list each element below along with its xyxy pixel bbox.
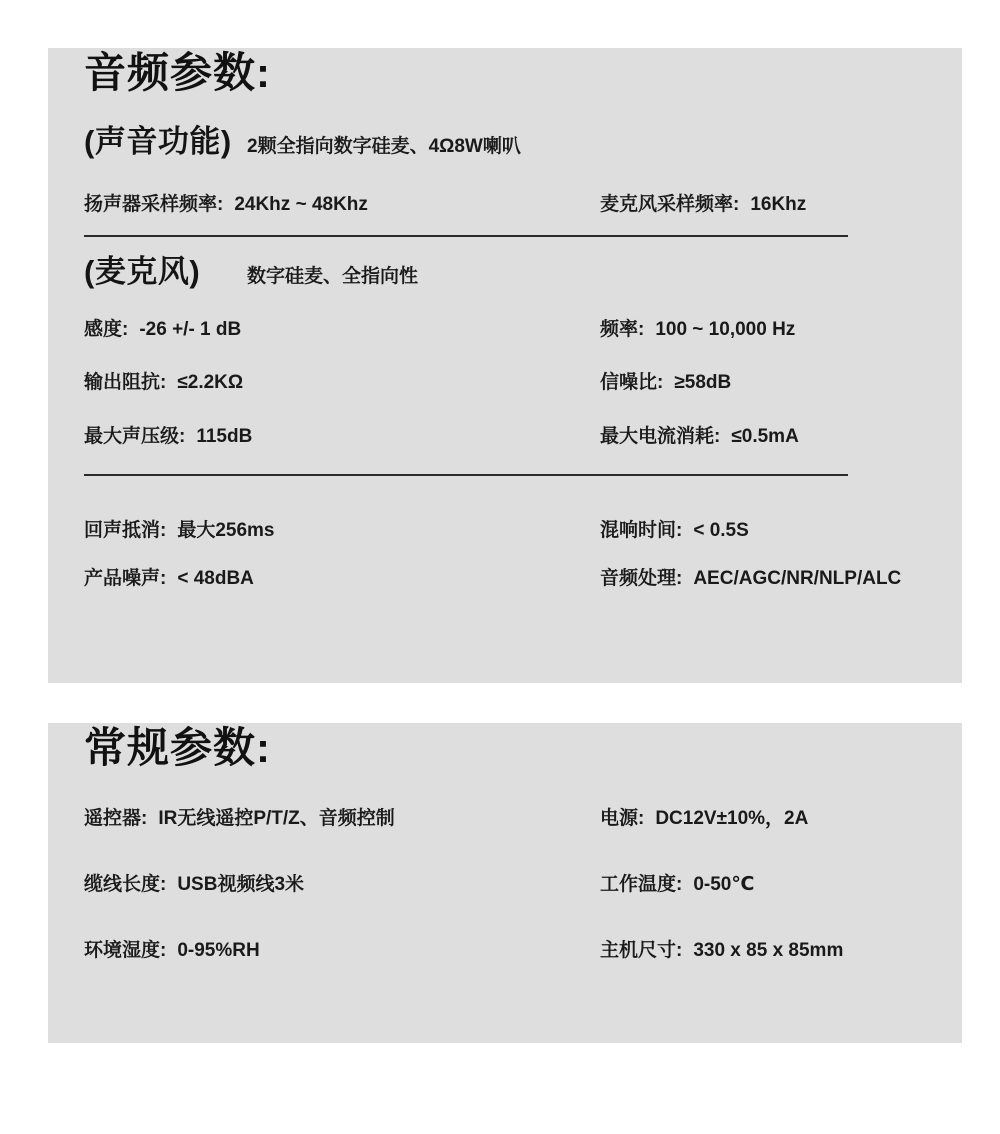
product-noise-spec: 产品噪声:< 48dBA: [84, 566, 600, 593]
processing-spec-row: 回声抵消:最大256ms 混响时间:< 0.5S: [84, 518, 926, 545]
audio-parameters-card: 音频参数: (声音功能) 2颗全指向数字硅麦、4Ω8W喇叭 扬声器采样频率:24…: [48, 48, 962, 683]
cable-length-spec: 缆线长度:USB视频线3米: [84, 872, 600, 899]
spec-value: 最大256ms: [177, 520, 274, 541]
general-spec-row: 环境湿度:0-95%RH 主机尺寸:330 x 85 x 85mm: [84, 938, 926, 965]
frequency-spec: 频率:100 ~ 10,000 Hz: [600, 317, 926, 344]
section-divider: [84, 474, 848, 476]
general-spec-row: 缆线长度:USB视频线3米 工作温度:0-50℃: [84, 872, 926, 899]
general-spec-row: 遥控器:IR无线遥控P/T/Z、音频控制 电源:DC12V±10%，2A: [84, 806, 926, 833]
sensitivity-spec: 感度:-26 +/- 1 dB: [84, 317, 600, 344]
sound-function-subheader: (声音功能) 2颗全指向数字硅麦、4Ω8W喇叭: [84, 124, 926, 160]
spec-label: 信噪比:: [600, 372, 663, 393]
spec-value: IR无线遥控P/T/Z、音频控制: [158, 808, 394, 829]
mic-sampling-rate: 麦克风采样频率:16Khz: [600, 192, 926, 219]
general-section-title: 常规参数:: [84, 723, 926, 773]
spec-value: < 48dBA: [177, 568, 254, 589]
mic-spec-row: 输出阻抗:≤2.2KΩ 信噪比:≥58dB: [84, 370, 926, 397]
spec-value: 24Khz ~ 48Khz: [234, 194, 368, 215]
microphone-desc: 数字硅麦、全指向性: [247, 261, 418, 288]
section-divider: [84, 235, 848, 237]
spec-value: 100 ~ 10,000 Hz: [655, 319, 795, 340]
spec-label: 音频处理:: [600, 568, 682, 589]
dimensions-spec: 主机尺寸:330 x 85 x 85mm: [600, 938, 926, 965]
spec-label: 频率:: [600, 319, 644, 340]
spec-value: AEC/AGC/NR/NLP/ALC: [693, 568, 901, 589]
microphone-subheader: (麦克风) 数字硅麦、全指向性: [84, 254, 926, 290]
spec-label: 输出阻抗:: [84, 372, 166, 393]
spec-value: 330 x 85 x 85mm: [693, 940, 843, 961]
power-supply-spec: 电源:DC12V±10%，2A: [600, 806, 926, 833]
sound-function-desc: 2颗全指向数字硅麦、4Ω8W喇叭: [247, 131, 521, 158]
spec-value: 115dB: [196, 426, 252, 447]
remote-control-spec: 遥控器:IR无线遥控P/T/Z、音频控制: [84, 806, 600, 833]
general-parameters-card: 常规参数: 遥控器:IR无线遥控P/T/Z、音频控制 电源:DC12V±10%，…: [48, 723, 962, 1043]
spec-label: 遥控器:: [84, 808, 147, 829]
speaker-sampling-rate: 扬声器采样频率:24Khz ~ 48Khz: [84, 192, 600, 219]
spec-label: 最大电流消耗:: [600, 426, 720, 447]
spec-value: 16Khz: [750, 194, 806, 215]
spec-value: ≤0.5mA: [731, 426, 798, 447]
spec-value: 0-95%RH: [177, 940, 259, 961]
spec-label: 缆线长度:: [84, 874, 166, 895]
spec-value: < 0.5S: [693, 520, 748, 541]
spec-label: 主机尺寸:: [600, 940, 682, 961]
spec-value: DC12V±10%，2A: [655, 808, 808, 829]
reverb-time-spec: 混响时间:< 0.5S: [600, 518, 926, 545]
spec-label: 电源:: [600, 808, 644, 829]
output-impedance-spec: 输出阻抗:≤2.2KΩ: [84, 370, 600, 397]
sampling-rate-row: 扬声器采样频率:24Khz ~ 48Khz 麦克风采样频率:16Khz: [84, 192, 926, 219]
spec-label: 环境湿度:: [84, 940, 166, 961]
spec-value: ≥58dB: [674, 372, 731, 393]
spec-value: -26 +/- 1 dB: [139, 319, 241, 340]
spec-label: 工作温度:: [600, 874, 682, 895]
spec-value: USB视频线3米: [177, 874, 304, 895]
humidity-spec: 环境湿度:0-95%RH: [84, 938, 600, 965]
microphone-label: (麦克风): [84, 254, 247, 290]
spec-label: 产品噪声:: [84, 568, 166, 589]
spec-label: 最大声压级:: [84, 426, 185, 447]
echo-cancellation-spec: 回声抵消:最大256ms: [84, 518, 600, 545]
mic-spec-row: 最大声压级:115dB 最大电流消耗:≤0.5mA: [84, 424, 926, 451]
spec-label: 扬声器采样频率:: [84, 194, 223, 215]
max-spl-spec: 最大声压级:115dB: [84, 424, 600, 451]
spec-label: 感度:: [84, 319, 128, 340]
operating-temperature-spec: 工作温度:0-50℃: [600, 872, 926, 899]
audio-processing-spec: 音频处理:AEC/AGC/NR/NLP/ALC: [600, 566, 926, 593]
spec-label: 麦克风采样频率:: [600, 194, 739, 215]
spec-label: 回声抵消:: [84, 520, 166, 541]
spec-value: ≤2.2KΩ: [177, 372, 243, 393]
mic-spec-row: 感度:-26 +/- 1 dB 频率:100 ~ 10,000 Hz: [84, 317, 926, 344]
spec-label: 混响时间:: [600, 520, 682, 541]
sound-function-label: (声音功能): [84, 124, 247, 160]
max-current-spec: 最大电流消耗:≤0.5mA: [600, 424, 926, 451]
spec-value: 0-50℃: [693, 874, 754, 895]
snr-spec: 信噪比:≥58dB: [600, 370, 926, 397]
audio-section-title: 音频参数:: [84, 48, 926, 98]
processing-spec-row: 产品噪声:< 48dBA 音频处理:AEC/AGC/NR/NLP/ALC: [84, 566, 926, 593]
